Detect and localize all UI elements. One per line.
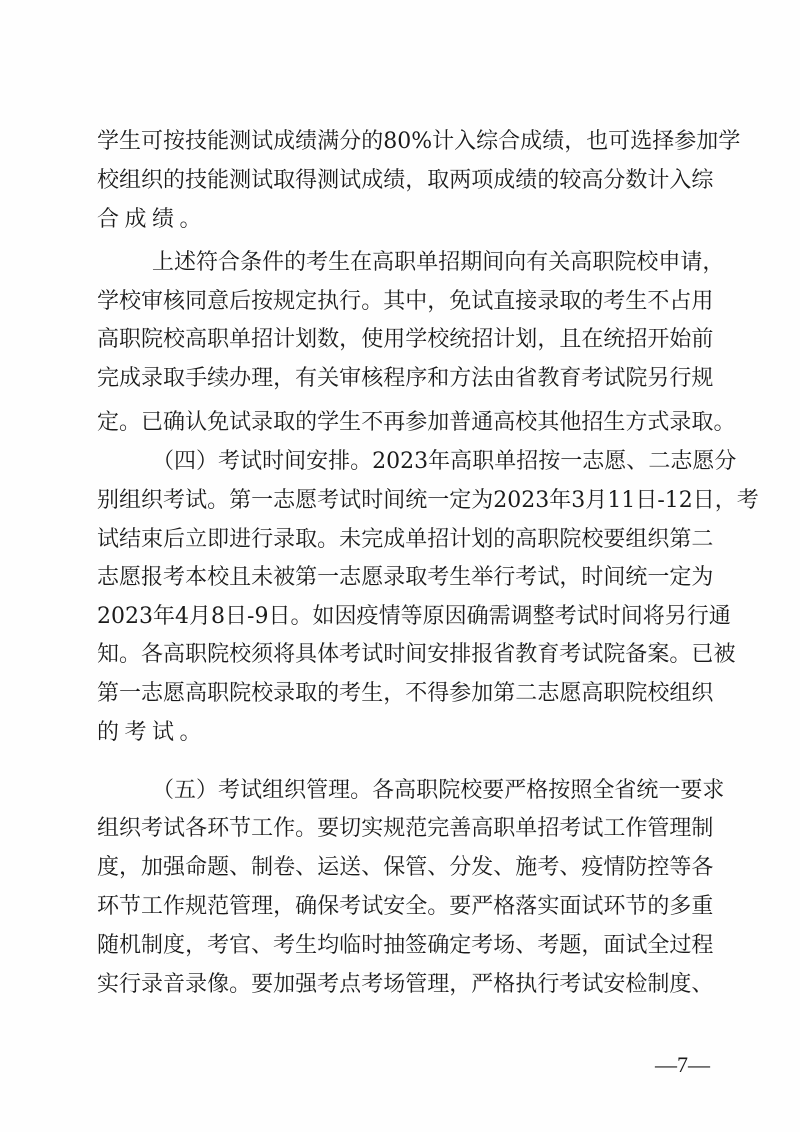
text-line: 知。各高职院校须将具体考试时间安排报省教育考试院备案。已被 — [97, 640, 703, 670]
text-line: 的考试。 — [97, 718, 703, 748]
text-line: 定。已确认免试录取的学生不再参加普通高校其他招生方式录取。 — [97, 408, 703, 438]
text-line: 组织考试各环节工作。要切实规范完善高职单招考试工作管理制 — [97, 814, 703, 844]
text-line: 第一志愿高职院校录取的考生，不得参加第二志愿高职院校组织 — [97, 679, 703, 709]
text-line: 学校审核同意后按规定执行。其中，免试直接录取的考生不占用 — [97, 287, 703, 317]
text-line: 高职院校高职单招计划数，使用学校统招计划，且在统招开始前 — [97, 325, 703, 355]
text-line: 完成录取手续办理，有关审核程序和方法由省教育考试院另行规 — [97, 364, 703, 394]
text-line: 环节工作规范管理，确保考试安全。要严格落实面试环节的多重 — [97, 892, 703, 922]
text-line: 别组织考试。第一志愿考试时间统一定为2023年3月11日-12日，考 — [97, 486, 703, 516]
text-line: 随机制度，考官、考生均临时抽签确定考场、考题，面试全过程 — [97, 931, 703, 961]
text-line: 实行录音录像。要加强考点考场管理，严格执行考试安检制度、 — [97, 970, 703, 1000]
text-line: 试结束后立即进行录取。未完成单招计划的高职院校要组织第二 — [97, 525, 703, 555]
text-line: 校组织的技能测试取得测试成绩，取两项成绩的较高分数计入综 — [97, 166, 703, 196]
text-line: 2023年4月8日-9日。如因疫情等原因确需调整考试时间将另行通 — [97, 602, 703, 632]
text-line: 度，加强命题、制卷、运送、保管、分发、施考、疫情防控等各 — [97, 853, 703, 883]
page-number: —7— — [655, 1052, 710, 1078]
text-line: 学生可按技能测试成绩满分的80%计入综合成绩，也可选择参加学 — [97, 127, 703, 157]
section-heading-line: （五）考试组织管理。各高职院校要严格按照全省统一要求 — [152, 776, 703, 806]
section-heading-line: （四）考试时间安排。2023年高职单招按一志愿、二志愿分 — [152, 447, 703, 477]
document-page: 学生可按技能测试成绩满分的80%计入综合成绩，也可选择参加学 校组织的技能测试取… — [0, 0, 800, 1132]
text-line: 合成绩。 — [97, 205, 703, 235]
paragraph-first-line: 上述符合条件的考生在高职单招期间向有关高职院校申请， — [152, 248, 703, 278]
text-line: 志愿报考本校且未被第一志愿录取考生举行考试，时间统一定为 — [97, 563, 703, 593]
